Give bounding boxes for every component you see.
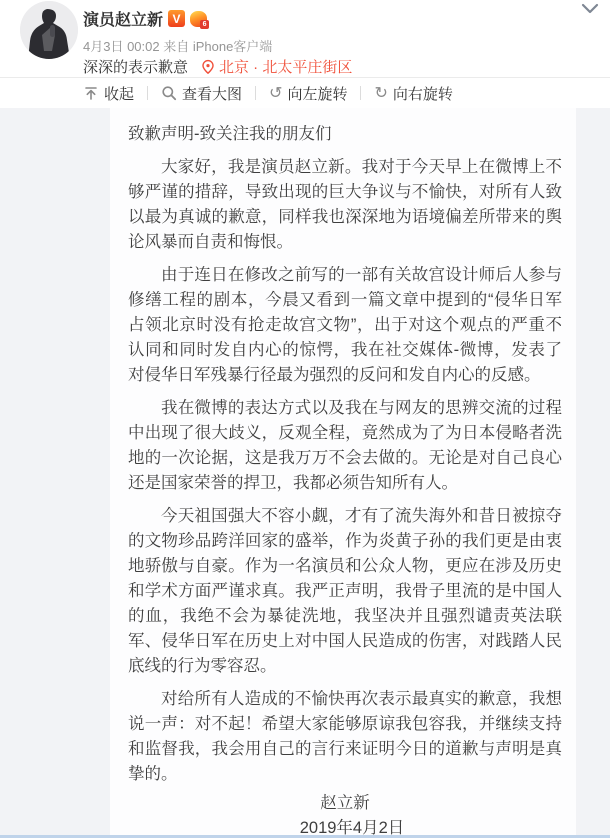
rotate-left-button[interactable]: ↺ 向左旋转 (269, 83, 347, 104)
statement-paragraph: 对给所有人造成的不愉快再次表示最真实的歉意，我想说一声：对不起！希望大家能够原谅… (128, 687, 562, 787)
statement-paragraph: 今天祖国强大不容小觑，才有了流失海外和昔日被掠夺的文物珍品跨洋回家的盛举，作为炎… (128, 504, 562, 679)
magnifier-icon (161, 85, 177, 101)
toolbar-divider (255, 86, 256, 100)
weibo-post-view: 演员赵立新 V 6 4月3日 00:02 来自 iPhone客户端 深深的表示歉… (0, 0, 610, 838)
statement-paragraph: 我在微博的表达方式以及我在与网友的思辨交流的过程中出现了很大歧义，反观全程，竟然… (128, 396, 562, 496)
location-text: 北京 · 北太平庄街区 (219, 56, 352, 77)
image-canvas: 致歉声明-致关注我的朋友们 大家好，我是演员赵立新。我对于今天早上在微博上不够严… (0, 108, 610, 838)
collapse-up-icon (83, 85, 99, 101)
timestamp: 4月3日 00:02 来自 iPhone客户端 (83, 36, 272, 55)
rotate-right-label: 向右旋转 (393, 83, 453, 104)
view-large-image-button[interactable]: 查看大图 (161, 83, 242, 104)
toolbar-divider (360, 86, 361, 100)
view-large-label: 查看大图 (182, 83, 242, 104)
avatar[interactable] (20, 1, 78, 59)
statement-title: 致歉声明-致关注我的朋友们 (128, 122, 562, 147)
statement-image: 致歉声明-致关注我的朋友们 大家好，我是演员赵立新。我对于今天早上在微博上不够严… (110, 108, 576, 838)
image-toolbar: 收起 查看大图 ↺ 向左旋转 ↻ 向右旋转 (0, 77, 610, 108)
statement-paragraph: 大家好，我是演员赵立新。我对于今天早上在微博上不够严谨的措辞，导致出现的巨大争议… (128, 155, 562, 255)
collapse-label: 收起 (104, 83, 134, 104)
username[interactable]: 演员赵立新 (83, 7, 163, 30)
verified-letter: V (173, 12, 181, 26)
rotate-left-label: 向左旋转 (287, 83, 347, 104)
collapse-button[interactable]: 收起 (83, 83, 134, 104)
membership-badge-icon: 6 (190, 11, 207, 27)
post-text: 深深的表示歉意 (83, 56, 188, 77)
rotate-right-icon: ↻ (374, 85, 387, 101)
verified-badge-icon: V (168, 10, 185, 27)
rotate-left-icon: ↺ (269, 85, 282, 101)
rotate-right-button[interactable]: ↻ 向右旋转 (374, 83, 452, 104)
chevron-down-icon[interactable] (581, 1, 601, 17)
statement-signature: 赵立新 (128, 791, 562, 816)
statement-body: 大家好，我是演员赵立新。我对于今天早上在微博上不够严谨的措辞，导致出现的巨大争议… (128, 155, 562, 787)
toolbar-divider (147, 86, 148, 100)
avatar-portrait (20, 1, 78, 59)
location-link[interactable]: 北京 · 北太平庄街区 (201, 56, 352, 77)
statement-paragraph: 由于连日在修改之前写的一部有关故宫设计师后人参与修缮工程的剧本，今晨又看到一篇文… (128, 263, 562, 388)
location-pin-icon (201, 59, 215, 74)
membership-level: 6 (200, 20, 209, 29)
post-header: 演员赵立新 V 6 4月3日 00:02 来自 iPhone客户端 深深的表示歉… (0, 0, 610, 77)
